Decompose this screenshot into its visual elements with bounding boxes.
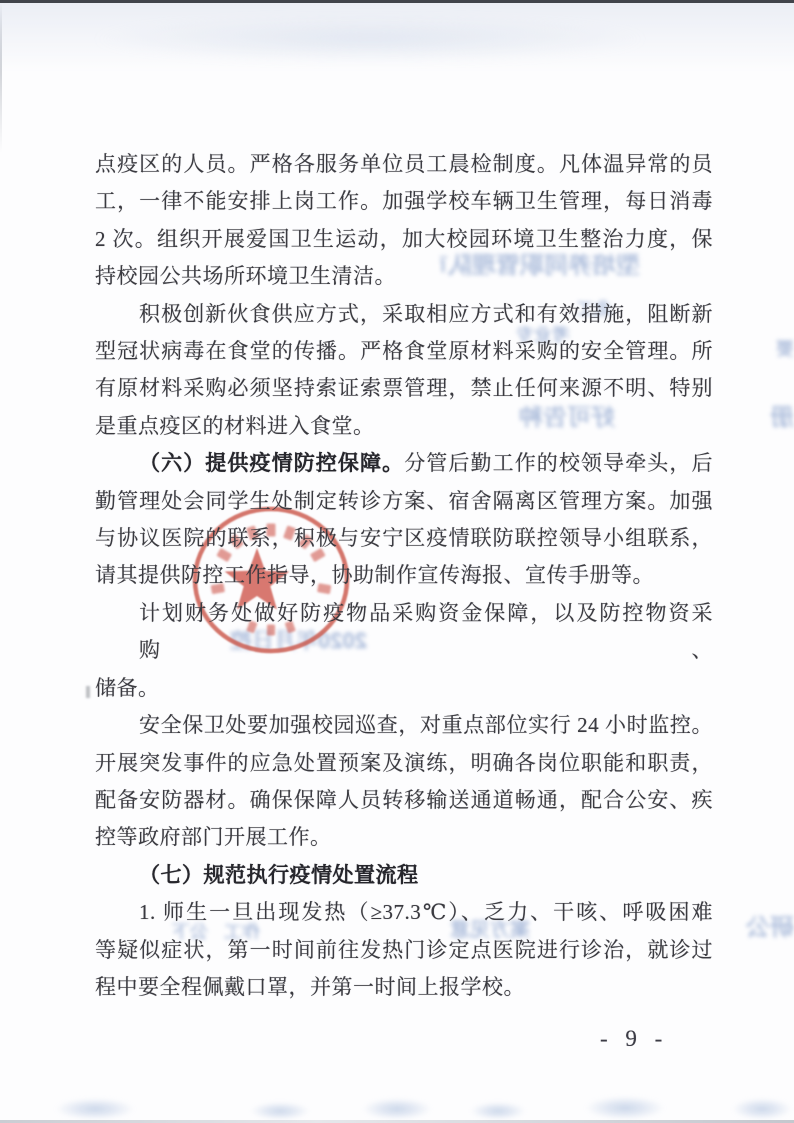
- document-line: 持校园公共场所环境卫生清洁。: [95, 258, 713, 295]
- document-line: 点疫区的人员。严格各服务单位员工晨检制度。凡体温异常的员: [95, 146, 713, 183]
- document-line: （七）规范执行疫情处置流程: [95, 857, 713, 894]
- document-line: 等疑似症状，第一时间前往发热门诊定点医院进行诊治，就诊过: [95, 932, 713, 969]
- bleed-through-text: 要: [772, 340, 794, 362]
- document-line: 配备安防器材。确保保障人员转移输送通道畅通，配合公安、疾: [95, 782, 713, 819]
- document-line: 安全保卫处要加强校园巡查，对重点部位实行 24 小时监控。: [95, 707, 713, 744]
- bleed-through-text: 研公: [746, 916, 794, 946]
- document-line: 与协议医院的联系，积极与安宁区疫情联防联控领导小组联系，: [95, 520, 713, 557]
- document-line: 型冠状病毒在食堂的传播。严格食堂原材料采购的安全管理。所: [95, 333, 713, 370]
- document-line: 2 次。组织开展爱国卫生运动，加大校园环境卫生整治力度，保: [95, 221, 713, 258]
- document-body: 点疫区的人员。严格各服务单位员工晨检制度。凡体温异常的员 工，一律不能安排上岗工…: [95, 146, 713, 1006]
- scan-smudge: [585, 1096, 665, 1120]
- document-line: 程中要全程佩戴口罩，并第一时间上报学校。: [95, 969, 713, 1006]
- scan-top-shading-cloud: [90, 16, 650, 62]
- document-line: 计划财务处做好防疫物品采购资金保障，以及防控物资采购、: [95, 595, 713, 670]
- scan-smudge: [362, 1098, 432, 1120]
- page-sheet: 型培养同职管理队市 北工 考业专 好可告种 册 要 2020年月日控 公下 作工…: [0, 0, 794, 1123]
- document-line: 工，一律不能安排上岗工作。加强学校车辆卫生管理，每日消毒: [95, 183, 713, 220]
- document-line: 请其提供防控工作指导，协助制作宣传海报、宣传手册等。: [95, 557, 713, 594]
- document-line: （六）提供疫情防控保障。分管后勤工作的校领导牵头，后: [95, 445, 713, 482]
- scan-smudge: [250, 1102, 310, 1120]
- bleed-through-text: 册: [770, 406, 794, 432]
- document-line: 储备。: [95, 670, 713, 707]
- page-number: - 9 -: [600, 1026, 720, 1052]
- document-line: 积极创新伙食供应方式，采取相应方式和有效措施，阻断新: [95, 296, 713, 333]
- section-heading: （七）规范执行疫情处置流程: [139, 863, 419, 887]
- scan-speck: [86, 686, 90, 698]
- document-line: 控等政府部门开展工作。: [95, 819, 713, 856]
- document-line: 勤管理处会同学生处制定转诊方案、宿舍隔离区管理方案。加强: [95, 483, 713, 520]
- section-heading: （六）提供疫情防控保障。: [139, 451, 404, 475]
- document-line: 有原材料采购必须坚持索证索票管理，禁止任何来源不明、特别: [95, 370, 713, 407]
- document-line: 是重点疫区的材料进入食堂。: [95, 408, 713, 445]
- document-line-text: 分管后勤工作的校领导牵头，后: [404, 451, 713, 475]
- scan-smudge: [732, 1098, 792, 1120]
- document-line: 开展突发事件的应急处置预案及演练，明确各岗位职能和职责，: [95, 745, 713, 782]
- scan-smudge: [55, 1098, 135, 1120]
- scan-smudge: [470, 1102, 526, 1120]
- document-line: 1. 师生一旦出现发热（≥37.3℃）、乏力、干咳、呼吸困难: [95, 894, 713, 931]
